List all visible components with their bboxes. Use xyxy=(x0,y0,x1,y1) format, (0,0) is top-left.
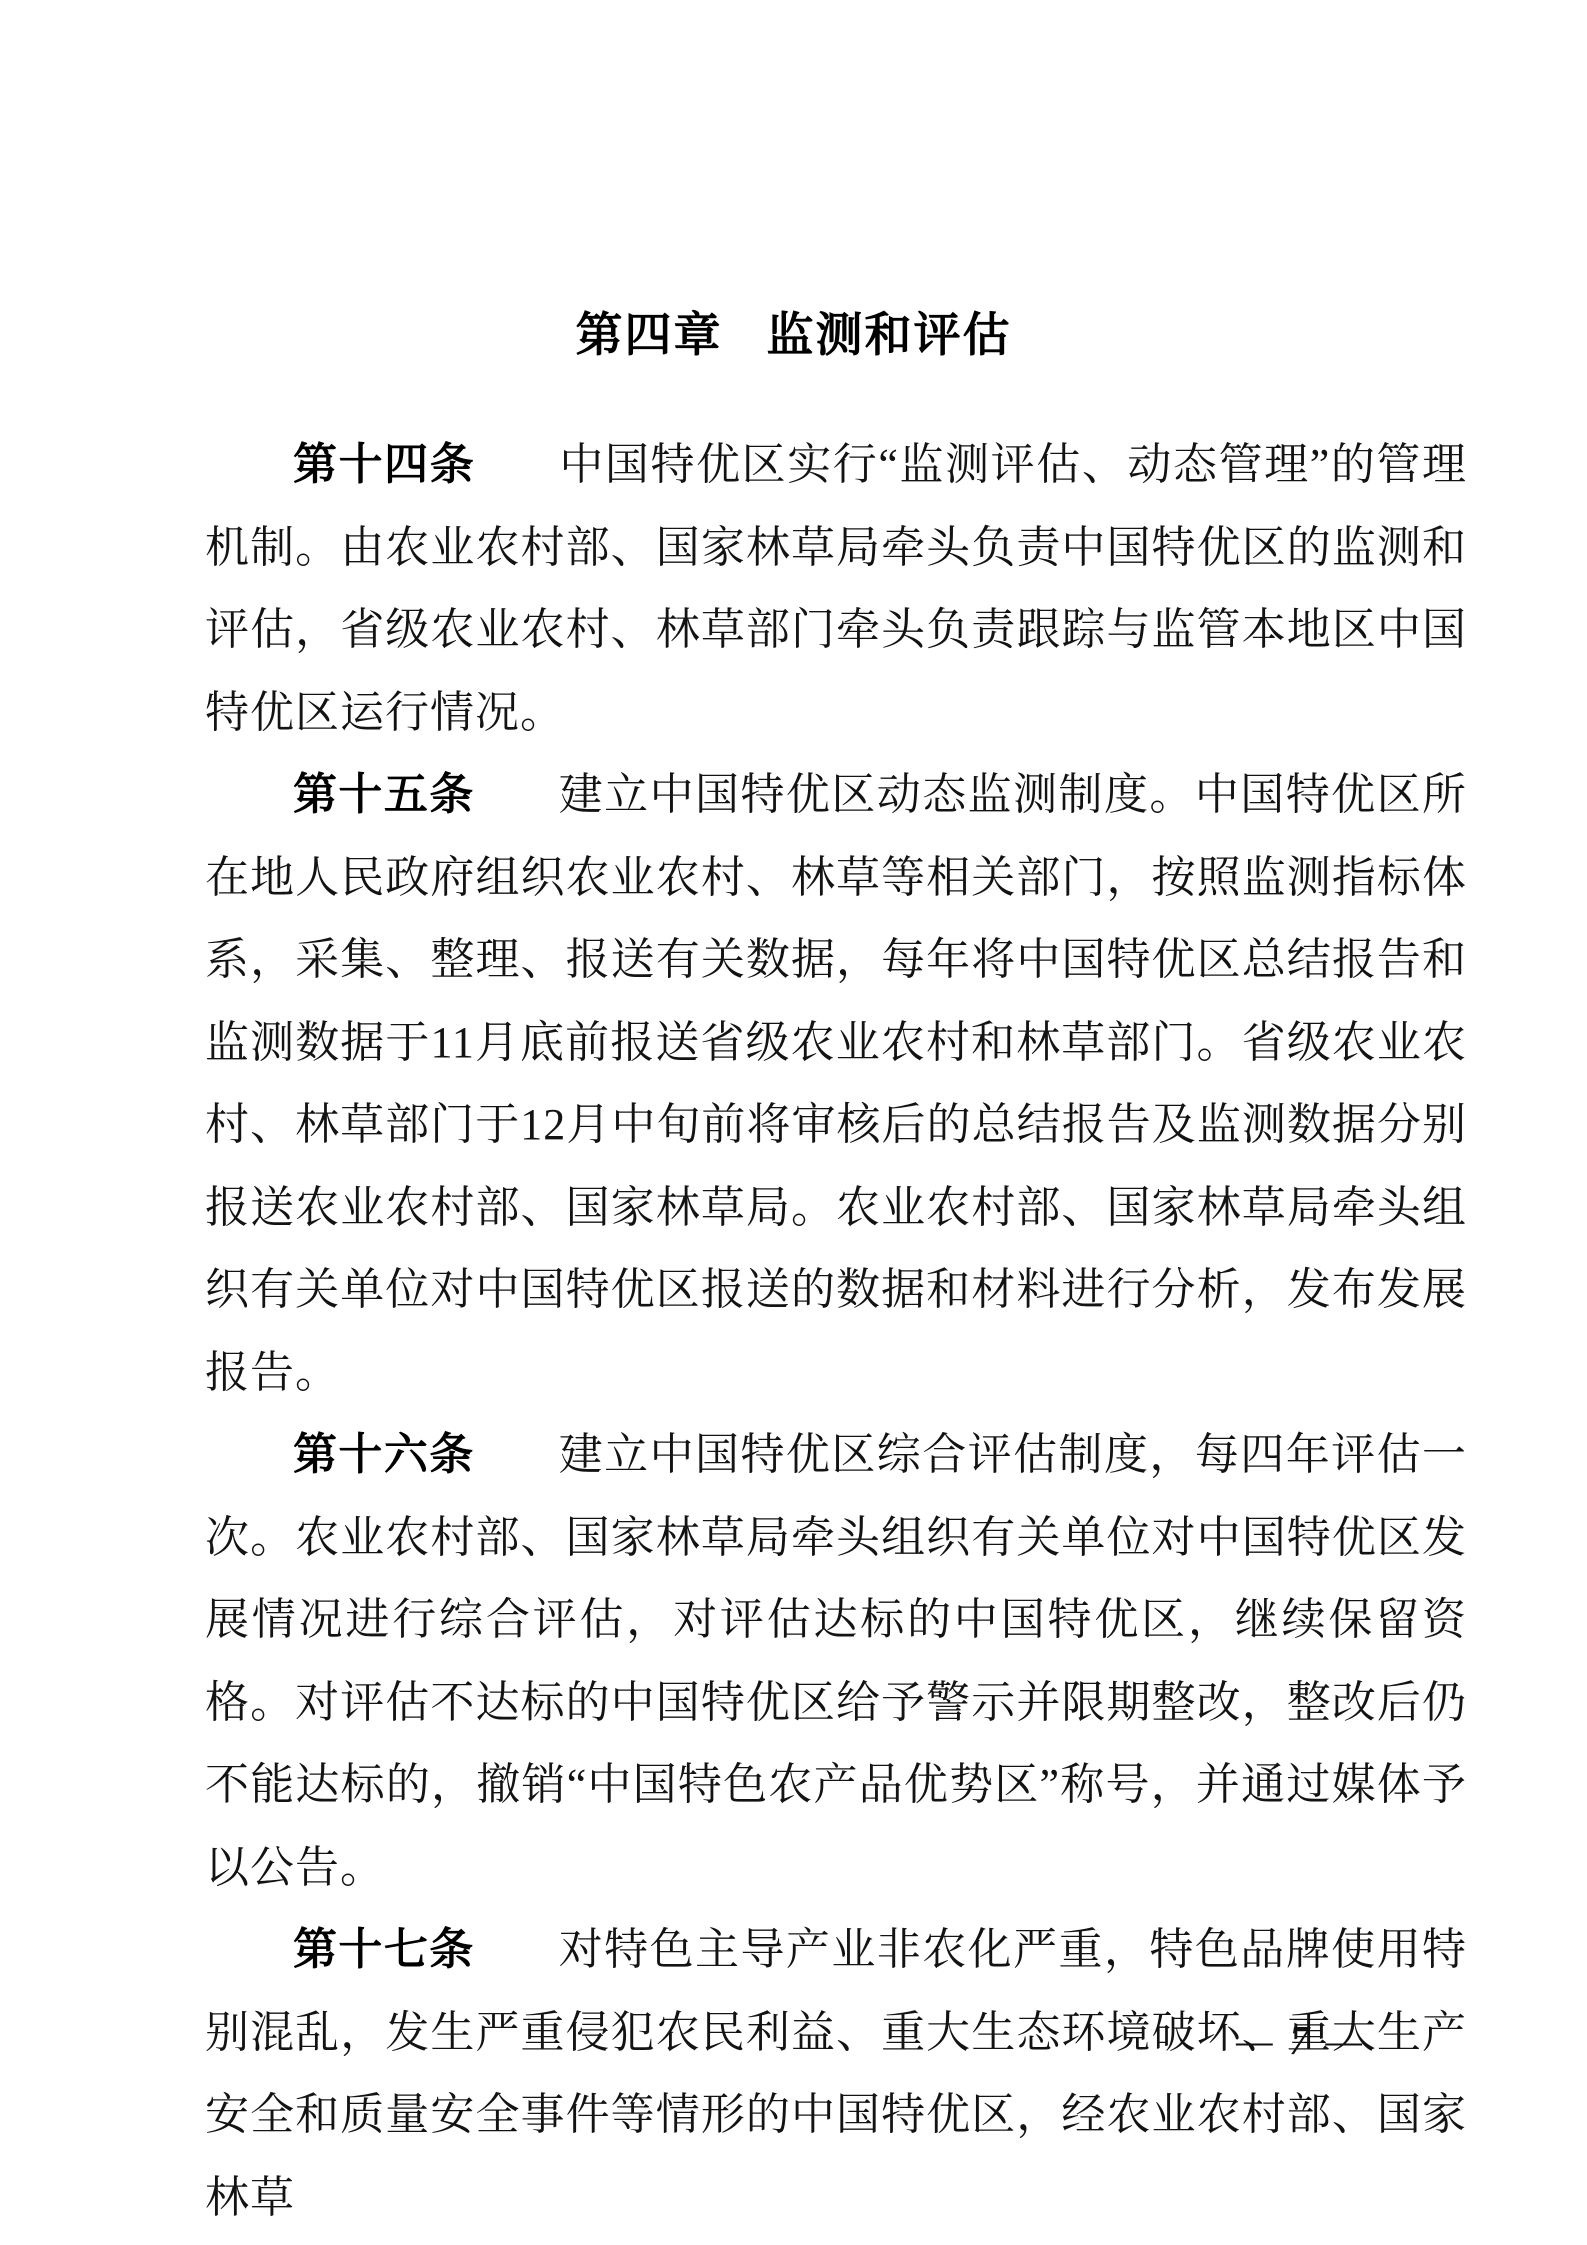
chapter-title: 监测和评估 xyxy=(767,308,1012,361)
article-body: 第十四条中国特优区实行“监测评估、动态管理”的管理机制。由农业农村部、国家林草局… xyxy=(205,424,1467,2239)
article-number: 第十五条 xyxy=(293,770,475,819)
chapter-heading: 第四章监测和评估 xyxy=(0,307,1587,363)
article-paragraph: 第十四条中国特优区实行“监测评估、动态管理”的管理机制。由农业农村部、国家林草局… xyxy=(205,424,1467,754)
article-paragraph: 第十七条对特色主导产业非农化严重，特色品牌使用特别混乱，发生严重侵犯农民利益、重… xyxy=(205,1909,1467,2239)
article-number: 第十六条 xyxy=(293,1430,475,1479)
article-paragraph: 第十五条建立中国特优区动态监测制度。中国特优区所在地人民政府组织农业农村、林草等… xyxy=(205,754,1467,1414)
article-text: 建立中国特优区动态监测制度。中国特优区所在地人民政府组织农业农村、林草等相关部门… xyxy=(205,770,1467,1397)
chapter-number: 第四章 xyxy=(576,308,723,361)
article-paragraph: 第十六条建立中国特优区综合评估制度，每四年评估一次。农业农村部、国家林草局牵头组… xyxy=(205,1414,1467,1909)
article-number: 第十四条 xyxy=(293,440,475,489)
page-number: — 7 — xyxy=(1236,2016,1365,2064)
page-content: 第四章监测和评估 第十四条中国特优区实行“监测评估、动态管理”的管理机制。由农业… xyxy=(0,0,1587,2239)
article-number: 第十七条 xyxy=(293,1925,475,1974)
document-page: 第四章监测和评估 第十四条中国特优区实行“监测评估、动态管理”的管理机制。由农业… xyxy=(0,0,1587,2245)
article-text: 建立中国特优区综合评估制度，每四年评估一次。农业农村部、国家林草局牵头组织有关单… xyxy=(205,1430,1467,1892)
